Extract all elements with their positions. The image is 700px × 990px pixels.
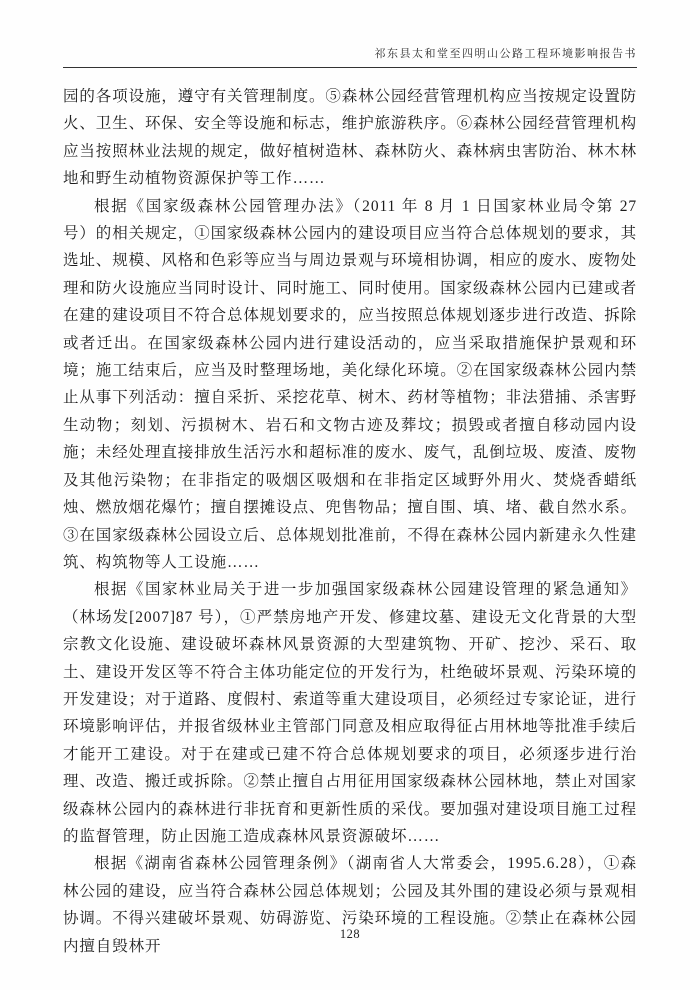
running-header-title: 祁东县太和堂至四明山公路工程环境影响报告书: [375, 48, 638, 60]
page-footer: 128: [0, 927, 700, 942]
document-body: 园的各项设施，遵守有关管理制度。⑤森林公园经营管理机构应当按规定设置防火、卫生、…: [63, 83, 637, 960]
report-page: 祁东县太和堂至四明山公路工程环境影响报告书 园的各项设施，遵守有关管理制度。⑤森…: [0, 0, 700, 990]
page-number: 128: [340, 927, 360, 941]
paragraph-national-forest-park-measures: 根据《国家级森林公园管理办法》（2011 年 8 月 1 日国家林业局令第 27…: [63, 193, 637, 577]
paragraph-hunan-regulations: 根据《湖南省森林公园管理条例》（湖南省人大常委会，1995.6.28），①森林公…: [63, 850, 637, 960]
header-rule: [63, 67, 637, 68]
paragraph-continuation: 园的各项设施，遵守有关管理制度。⑤森林公园经营管理机构应当按规定设置防火、卫生、…: [63, 83, 637, 193]
paragraph-urgent-notice: 根据《国家林业局关于进一步加强国家级森林公园建设管理的紧急通知》（林场发[200…: [63, 576, 637, 850]
running-header: 祁东县太和堂至四明山公路工程环境影响报告书: [63, 0, 637, 61]
